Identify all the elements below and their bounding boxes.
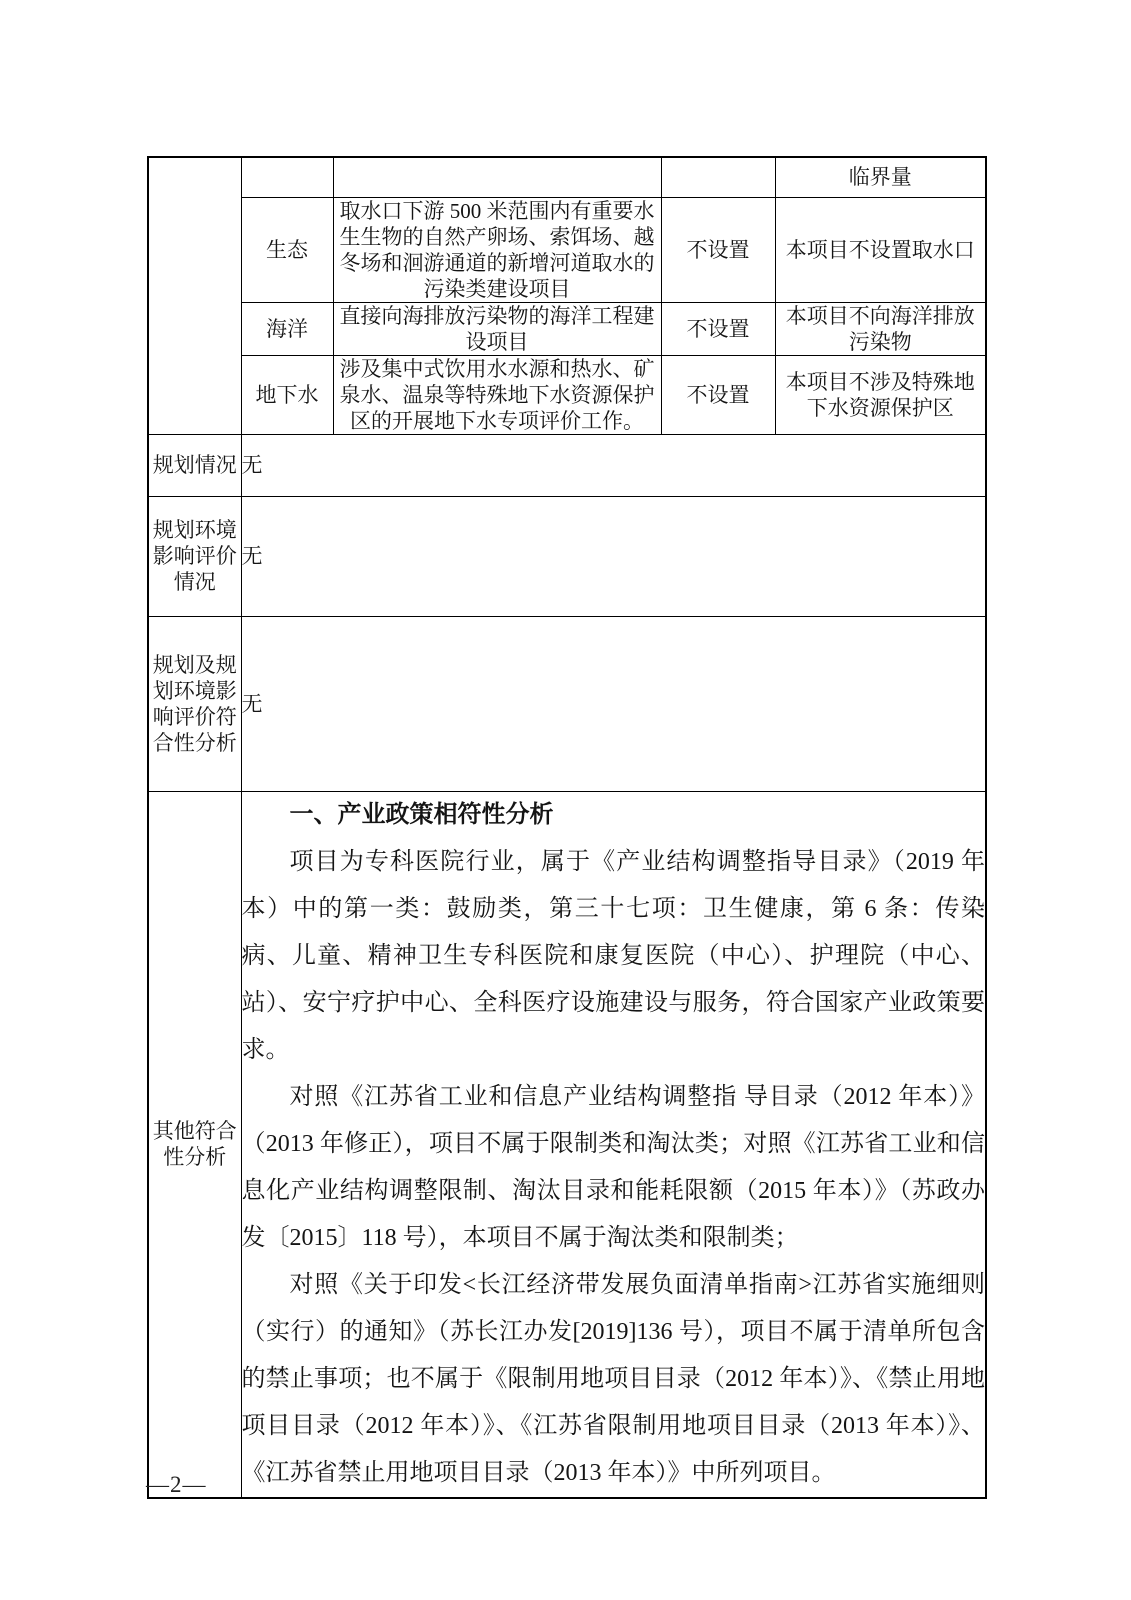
header-cell-empty: [661, 157, 775, 197]
page-number: —2—: [146, 1472, 207, 1498]
situation-cell: 直接向海排放污染物的海洋工程建设项目: [333, 302, 661, 355]
setting-cell: 不设置: [661, 302, 775, 355]
document-page: 临界量 生态 取水口下游 500 米范围内有重要水生生物的自然产卵场、索饵场、越…: [0, 0, 1131, 1600]
table-row-header-partial: 临界量: [148, 157, 986, 197]
header-cell-empty: [241, 157, 333, 197]
analysis-paragraph: 对照《关于印发<长江经济带发展负面清单指南>江苏省实施细则（实行）的通知》（苏长…: [242, 1262, 986, 1497]
industrial-policy-analysis: 一、产业政策相符性分析 项目为专科医院行业，属于《产业结构调整指导目录》（201…: [242, 792, 986, 1497]
note-cell: 本项目不向海洋排放污染物: [775, 302, 986, 355]
setting-cell: 不设置: [661, 355, 775, 434]
analysis-section-heading: 一、产业政策相符性分析: [242, 792, 986, 839]
note-cell: 本项目不涉及特殊地下水资源保护区: [775, 355, 986, 434]
note-cell: 本项目不设置取水口: [775, 197, 986, 302]
table-row-planning-eia-status: 规划环境影响评价情况 无: [148, 496, 986, 616]
setting-cell: 不设置: [661, 197, 775, 302]
category-cell: 地下水: [241, 355, 333, 434]
planning-eia-status-value: 无: [241, 496, 986, 616]
table-row-planning-status: 规划情况 无: [148, 434, 986, 496]
situation-cell: 取水口下游 500 米范围内有重要水生生物的自然产卵场、索饵场、越冬场和洄游通道…: [333, 197, 661, 302]
table-row-other-conformity: 其他符合性分析 一、产业政策相符性分析 项目为专科医院行业，属于《产业结构调整指…: [148, 791, 986, 1498]
analysis-paragraph: 对照《江苏省工业和信息产业结构调整指 导目录（2012 年本）》（2013 年修…: [242, 1074, 986, 1262]
situation-cell: 涉及集中式饮用水水源和热水、矿泉水、温泉等特殊地下水资源保护区的开展地下水专项评…: [333, 355, 661, 434]
header-critical-quantity: 临界量: [775, 157, 986, 197]
table-row-ocean: 海洋 直接向海排放污染物的海洋工程建设项目 不设置 本项目不向海洋排放污染物: [148, 302, 986, 355]
header-cell-empty: [333, 157, 661, 197]
table-row-groundwater: 地下水 涉及集中式饮用水水源和热水、矿泉水、温泉等特殊地下水资源保护区的开展地下…: [148, 355, 986, 434]
planning-conformity-value: 无: [241, 616, 986, 791]
table-row-planning-conformity: 规划及规划环境影响评价符合性分析 无: [148, 616, 986, 791]
category-cell: 海洋: [241, 302, 333, 355]
carryover-label-cell-empty: [148, 157, 241, 434]
row-label-planning-status: 规划情况: [148, 434, 241, 496]
row-label-planning-eia-status: 规划环境影响评价情况: [148, 496, 241, 616]
other-conformity-content: 一、产业政策相符性分析 项目为专科医院行业，属于《产业结构调整指导目录》（201…: [241, 791, 986, 1498]
row-label-other-conformity: 其他符合性分析: [148, 791, 241, 1498]
category-cell: 生态: [241, 197, 333, 302]
eia-form-table: 临界量 生态 取水口下游 500 米范围内有重要水生生物的自然产卵场、索饵场、越…: [147, 156, 987, 1499]
planning-status-value: 无: [241, 434, 986, 496]
analysis-paragraph: 项目为专科医院行业，属于《产业结构调整指导目录》（2019 年本）中的第一类：鼓…: [242, 839, 986, 1074]
table-row-ecology: 生态 取水口下游 500 米范围内有重要水生生物的自然产卵场、索饵场、越冬场和洄…: [148, 197, 986, 302]
row-label-planning-conformity: 规划及规划环境影响评价符合性分析: [148, 616, 241, 791]
